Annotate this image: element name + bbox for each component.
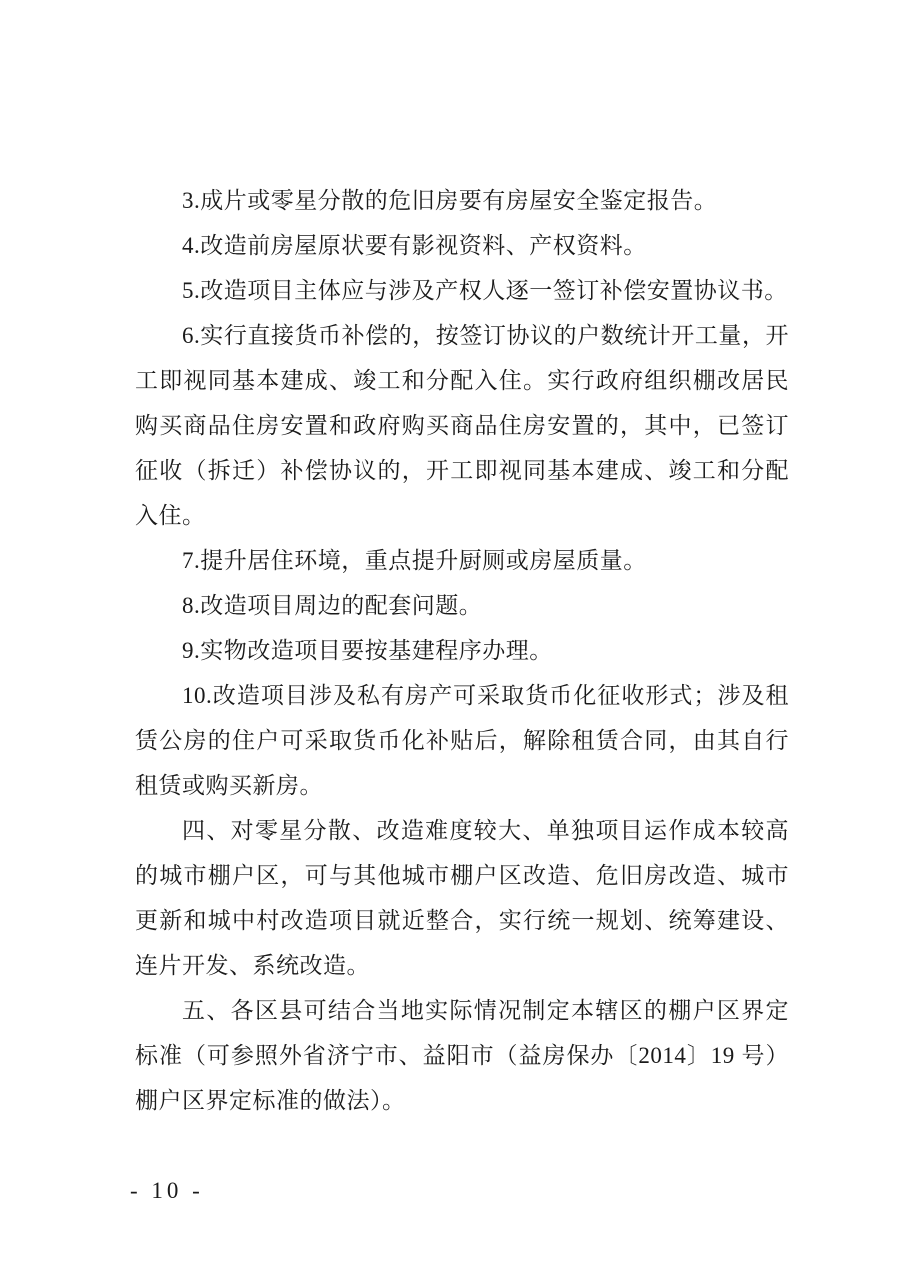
paragraph-item-10: 10.改造项目涉及私有房产可采取货币化征收形式；涉及租 赁公房的住户可采取货币化… (135, 673, 789, 808)
doc-line: 棚户区界定标准的做法）。 (135, 1078, 789, 1123)
doc-line: 5.改造项目主体应与涉及产权人逐一签订补偿安置协议书。 (135, 268, 789, 313)
paragraph-section-4: 四、对零星分散、改造难度较大、单独项目运作成本较高 的城市棚户区，可与其他城市棚… (135, 808, 789, 988)
paragraph-item-9: 9.实物改造项目要按基建程序办理。 (135, 628, 789, 673)
doc-line: 更新和城中村改造项目就近整合，实行统一规划、统筹建设、 (135, 898, 789, 943)
doc-line: 4.改造前房屋原状要有影视资料、产权资料。 (135, 223, 789, 268)
doc-line: 四、对零星分散、改造难度较大、单独项目运作成本较高 (135, 808, 789, 853)
doc-line: 9.实物改造项目要按基建程序办理。 (135, 628, 789, 673)
document-body: 3.成片或零星分散的危旧房要有房屋安全鉴定报告。 4.改造前房屋原状要有影视资料… (135, 178, 789, 1123)
doc-line: 标准（可参照外省济宁市、益阳市（益房保办〔2014〕19 号） (135, 1033, 789, 1078)
paragraph-item-5: 5.改造项目主体应与涉及产权人逐一签订补偿安置协议书。 (135, 268, 789, 313)
doc-line: 3.成片或零星分散的危旧房要有房屋安全鉴定报告。 (135, 178, 789, 223)
doc-line: 租赁或购买新房。 (135, 763, 789, 808)
doc-line: 6.实行直接货币补偿的，按签订协议的户数统计开工量，开 (135, 313, 789, 358)
doc-line: 工即视同基本建成、竣工和分配入住。实行政府组织棚改居民 (135, 358, 789, 403)
page-number: - 10 - (130, 1176, 204, 1206)
paragraph-item-3: 3.成片或零星分散的危旧房要有房屋安全鉴定报告。 (135, 178, 789, 223)
doc-line: 征收（拆迁）补偿协议的，开工即视同基本建成、竣工和分配 (135, 448, 789, 493)
paragraph-item-7: 7.提升居住环境，重点提升厨厕或房屋质量。 (135, 538, 789, 583)
doc-line: 赁公房的住户可采取货币化补贴后，解除租赁合同，由其自行 (135, 718, 789, 763)
paragraph-item-4: 4.改造前房屋原状要有影视资料、产权资料。 (135, 223, 789, 268)
doc-line: 的城市棚户区，可与其他城市棚户区改造、危旧房改造、城市 (135, 853, 789, 898)
document-page: 3.成片或零星分散的危旧房要有房屋安全鉴定报告。 4.改造前房屋原状要有影视资料… (0, 0, 900, 1273)
paragraph-section-5: 五、各区县可结合当地实际情况制定本辖区的棚户区界定 标准（可参照外省济宁市、益阳… (135, 988, 789, 1123)
doc-line: 8.改造项目周边的配套问题。 (135, 583, 789, 628)
paragraph-item-8: 8.改造项目周边的配套问题。 (135, 583, 789, 628)
doc-line: 购买商品住房安置和政府购买商品住房安置的，其中，已签订 (135, 403, 789, 448)
doc-line: 五、各区县可结合当地实际情况制定本辖区的棚户区界定 (135, 988, 789, 1033)
doc-line: 7.提升居住环境，重点提升厨厕或房屋质量。 (135, 538, 789, 583)
doc-line: 连片开发、系统改造。 (135, 943, 789, 988)
doc-line: 10.改造项目涉及私有房产可采取货币化征收形式；涉及租 (135, 673, 789, 718)
paragraph-item-6: 6.实行直接货币补偿的，按签订协议的户数统计开工量，开 工即视同基本建成、竣工和… (135, 313, 789, 538)
doc-line: 入住。 (135, 493, 789, 538)
